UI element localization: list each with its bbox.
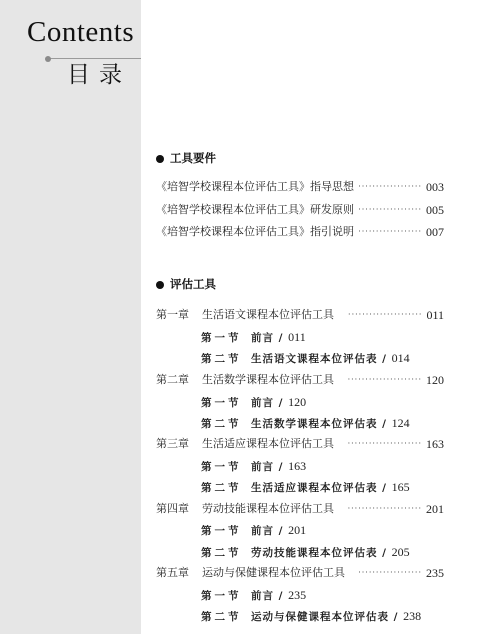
separator: /	[279, 461, 284, 473]
section-page: 011	[288, 330, 306, 344]
chapter-page: 235	[426, 566, 444, 580]
section-page: 205	[392, 545, 410, 559]
section-label: 第一节	[201, 396, 251, 410]
section-label: 第二节	[201, 610, 251, 624]
section-title: 运动与保健课程本位评估表	[251, 611, 389, 623]
section-label: 第一节	[201, 331, 251, 345]
section-title: 劳动技能课程本位评估表	[251, 547, 378, 559]
toc-section[interactable]: 第一节前言 / 011	[201, 330, 306, 345]
separator: /	[279, 397, 284, 409]
section-label: 第二节	[201, 546, 251, 560]
toc-entry-title: 《培智学校课程本位评估工具》研发原则	[156, 203, 354, 217]
leader-dots: ········································…	[348, 437, 422, 451]
leader-dots: ········································…	[348, 308, 422, 322]
section-page: 165	[392, 480, 410, 494]
toc-chapter-3[interactable]: 第三章生活适应课程本位评估工具 ························…	[156, 437, 444, 451]
section-label: 第二节	[201, 481, 251, 495]
toc-entry-page: 003	[426, 180, 444, 194]
toc-entry-page: 005	[426, 203, 444, 217]
chapter-title: 劳动技能课程本位评估工具	[202, 502, 334, 515]
chapter-title: 运动与保健课程本位评估工具	[202, 566, 345, 579]
contents-title-en: Contents	[27, 18, 134, 47]
bullet-icon	[156, 281, 164, 289]
section-title: 生活数学课程本位评估表	[251, 418, 378, 430]
separator: /	[279, 590, 284, 602]
toc-chapter-1[interactable]: 第一章生活语文课程本位评估工具 ························…	[156, 308, 444, 322]
separator: /	[382, 353, 387, 365]
title-divider	[48, 58, 141, 59]
toc-entry-page: 007	[426, 225, 444, 239]
leader-dots: ········································…	[358, 180, 422, 194]
side-panel	[0, 0, 141, 634]
toc-section[interactable]: 第二节运动与保健课程本位评估表 / 238	[201, 609, 421, 624]
section-page: 201	[288, 523, 306, 537]
toc-entry[interactable]: 《培智学校课程本位评估工具》指导思想 ·····················…	[156, 180, 444, 194]
toc-chapter-4[interactable]: 第四章劳动技能课程本位评估工具 ························…	[156, 502, 444, 516]
section-page: 014	[392, 351, 410, 365]
leader-dots: ········································…	[358, 225, 422, 239]
separator: /	[382, 547, 387, 559]
section-title: 前言	[251, 461, 274, 473]
chapter-title: 生活语文课程本位评估工具	[202, 308, 334, 321]
chapter-title: 生活数学课程本位评估工具	[202, 373, 334, 386]
section-title: 生活语文课程本位评估表	[251, 353, 378, 365]
section-label: 第一节	[201, 524, 251, 538]
section-label: 第二节	[201, 417, 251, 431]
chapter-page: 120	[426, 373, 444, 387]
section-heading-label: 工具要件	[170, 153, 216, 165]
section-heading-assessment-tools: 评估工具	[156, 279, 216, 291]
toc-entry[interactable]: 《培智学校课程本位评估工具》指引说明 ·····················…	[156, 225, 444, 239]
section-page: 124	[392, 416, 410, 430]
section-title: 前言	[251, 590, 274, 602]
toc-chapter-5[interactable]: 第五章运动与保健课程本位评估工具 ·······················…	[156, 566, 444, 580]
toc-section[interactable]: 第二节生活语文课程本位评估表 / 014	[201, 351, 410, 366]
section-page: 238	[403, 609, 421, 623]
bullet-icon	[156, 155, 164, 163]
leader-dots: ········································…	[348, 502, 422, 516]
section-title: 前言	[251, 397, 274, 409]
section-heading-label: 评估工具	[170, 279, 216, 291]
chapter-title: 生活适应课程本位评估工具	[202, 437, 334, 450]
separator: /	[382, 482, 387, 494]
toc-section[interactable]: 第二节生活数学课程本位评估表 / 124	[201, 416, 410, 431]
toc-section[interactable]: 第二节劳动技能课程本位评估表 / 205	[201, 545, 410, 560]
chapter-label: 第一章	[156, 308, 202, 322]
toc-entry-title: 《培智学校课程本位评估工具》指导思想	[156, 180, 354, 194]
toc-section[interactable]: 第一节前言 / 235	[201, 588, 306, 603]
toc-section[interactable]: 第一节前言 / 120	[201, 395, 306, 410]
toc-entry[interactable]: 《培智学校课程本位评估工具》研发原则 ·····················…	[156, 203, 444, 217]
section-label: 第二节	[201, 352, 251, 366]
divider-dot-icon	[45, 56, 51, 62]
section-title: 生活适应课程本位评估表	[251, 482, 378, 494]
section-label: 第一节	[201, 460, 251, 474]
toc-chapter-2[interactable]: 第二章生活数学课程本位评估工具 ························…	[156, 373, 444, 387]
leader-dots: ········································…	[359, 566, 422, 580]
toc-entry-title: 《培智学校课程本位评估工具》指引说明	[156, 225, 354, 239]
section-title: 前言	[251, 525, 274, 537]
chapter-label: 第四章	[156, 502, 202, 516]
section-page: 163	[288, 459, 306, 473]
separator: /	[279, 332, 284, 344]
leader-dots: ········································…	[358, 203, 422, 217]
separator: /	[279, 525, 284, 537]
chapter-label: 第五章	[156, 566, 202, 580]
separator: /	[394, 611, 399, 623]
chapter-label: 第三章	[156, 437, 202, 451]
section-page: 235	[288, 588, 306, 602]
toc-section[interactable]: 第二节生活适应课程本位评估表 / 165	[201, 480, 410, 495]
chapter-page: 011	[426, 308, 444, 322]
leader-dots: ········································…	[348, 373, 422, 387]
chapter-page: 163	[426, 437, 444, 451]
section-heading-tool-essentials: 工具要件	[156, 153, 216, 165]
section-title: 前言	[251, 332, 274, 344]
separator: /	[382, 418, 387, 430]
section-label: 第一节	[201, 589, 251, 603]
toc-section[interactable]: 第一节前言 / 201	[201, 523, 306, 538]
contents-title-cn: 目录	[67, 64, 131, 87]
section-page: 120	[288, 395, 306, 409]
chapter-page: 201	[426, 502, 444, 516]
toc-section[interactable]: 第一节前言 / 163	[201, 459, 306, 474]
chapter-label: 第二章	[156, 373, 202, 387]
